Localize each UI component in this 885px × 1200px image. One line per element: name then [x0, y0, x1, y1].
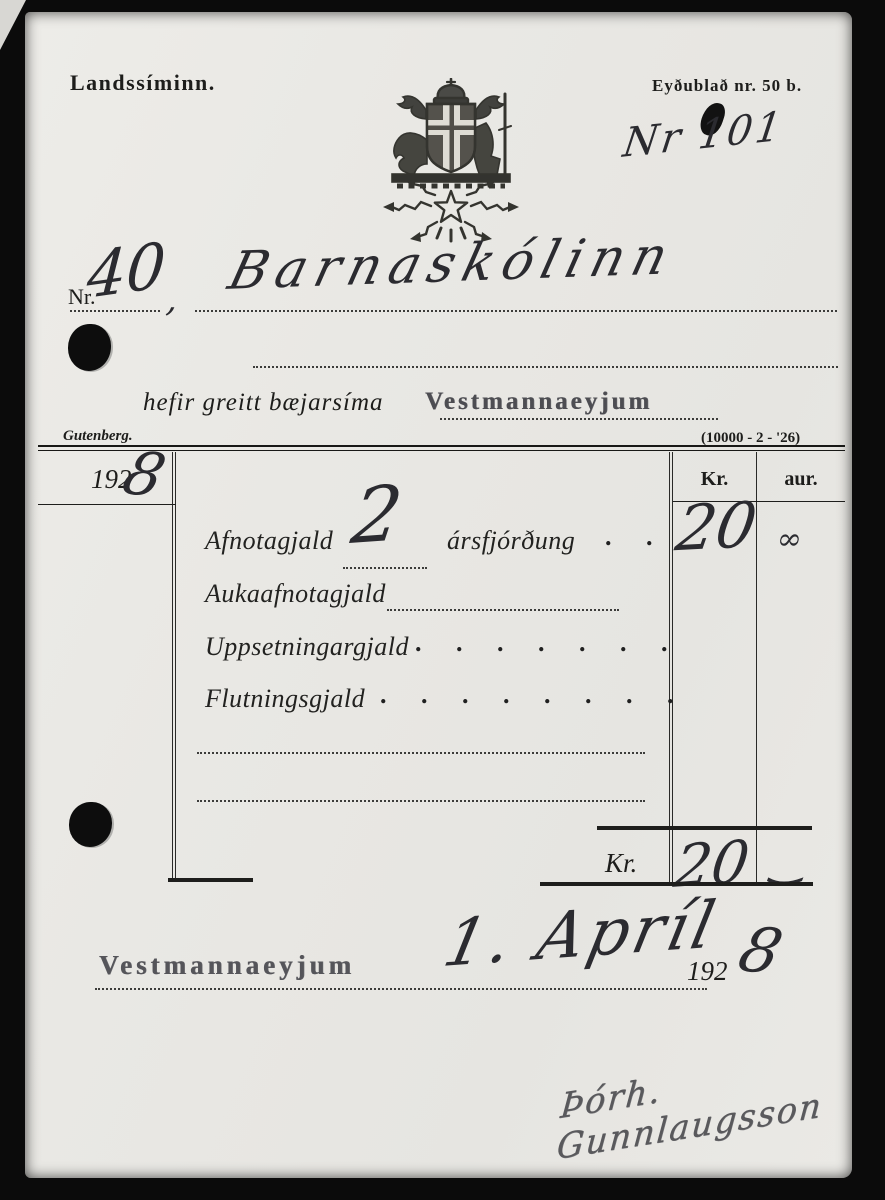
name-dotted-line-2 [253, 366, 838, 368]
form-number-label: Eyðublað nr. 50 b. [652, 76, 802, 96]
total-bottom-rule [540, 882, 813, 886]
total-top-rule [597, 826, 812, 830]
scanned-receipt-page: { "document": { "org_name": "Landssíminn… [0, 0, 885, 1200]
blank-row-dotted-2 [197, 800, 645, 802]
column-header-aur: aur. [757, 468, 845, 491]
table-left-border [172, 452, 176, 880]
table-left-bottom-rule [168, 878, 253, 882]
statement-printed-text: hefir greitt bæjarsíma [143, 389, 384, 417]
signature-stamp: Þórh. Gunnlaugsson [555, 1040, 854, 1168]
receipt-paper: Landssíminn. Eyðublað nr. 50 b. Nr 101 [25, 12, 852, 1178]
footer-dotted-line [95, 988, 707, 990]
row1-qty-dotted-line [343, 567, 427, 569]
row1-qty-handwritten: 2 [347, 468, 408, 561]
row2-label: Aukaafnotagjald [205, 579, 386, 609]
scan-corner-artifact [0, 0, 26, 50]
total-label: Kr. [605, 848, 637, 879]
footer-year-handwritten: 8 [731, 913, 789, 988]
nr-dotted-line [70, 310, 160, 312]
total-aur-mark: ‿ [770, 840, 807, 885]
subscriber-name-handwritten: Barnaskólinn [223, 226, 682, 302]
row2-dotted-line [387, 609, 619, 611]
footer-year-printed: 192 [687, 956, 728, 987]
place-stamp-top: Vestmannaeyjum [425, 388, 652, 416]
date-handwritten: 1. Apríl [437, 888, 724, 982]
name-dotted-line [195, 310, 837, 312]
row1-kr-value: 20 [671, 488, 761, 566]
row3-dot-leader: . . . . . . . [415, 628, 668, 658]
printer-credit: Gutenberg. [63, 428, 133, 445]
subscriber-comma: , [164, 280, 180, 320]
row1-aur-value: ∞ [775, 522, 805, 557]
place-stamp-bottom: Vestmannaeyjum [99, 950, 355, 981]
row1-suffix: ársfjórðung [447, 526, 575, 556]
punch-hole-bottom [69, 802, 112, 847]
punch-hole-top [68, 324, 111, 371]
org-name: Landssíminn. [70, 70, 216, 96]
year-underline [38, 504, 176, 505]
blank-row-dotted-1 [197, 752, 645, 754]
subscriber-nr-handwritten: 40 [85, 228, 168, 313]
kr-column-border [669, 452, 673, 884]
row4-dot-leader: . . . . . . . . [380, 680, 674, 710]
coat-of-arms-emblem [381, 78, 523, 244]
row1-label: Afnotagjald [205, 526, 333, 556]
stamp-dotted-line [440, 418, 718, 420]
row4-label: Flutningsgjald [205, 684, 365, 714]
row3-label: Uppsetningargjald [205, 632, 409, 662]
row1-dot-leader: . . [605, 522, 653, 552]
receipt-number-handwritten: Nr 101 [620, 103, 787, 167]
